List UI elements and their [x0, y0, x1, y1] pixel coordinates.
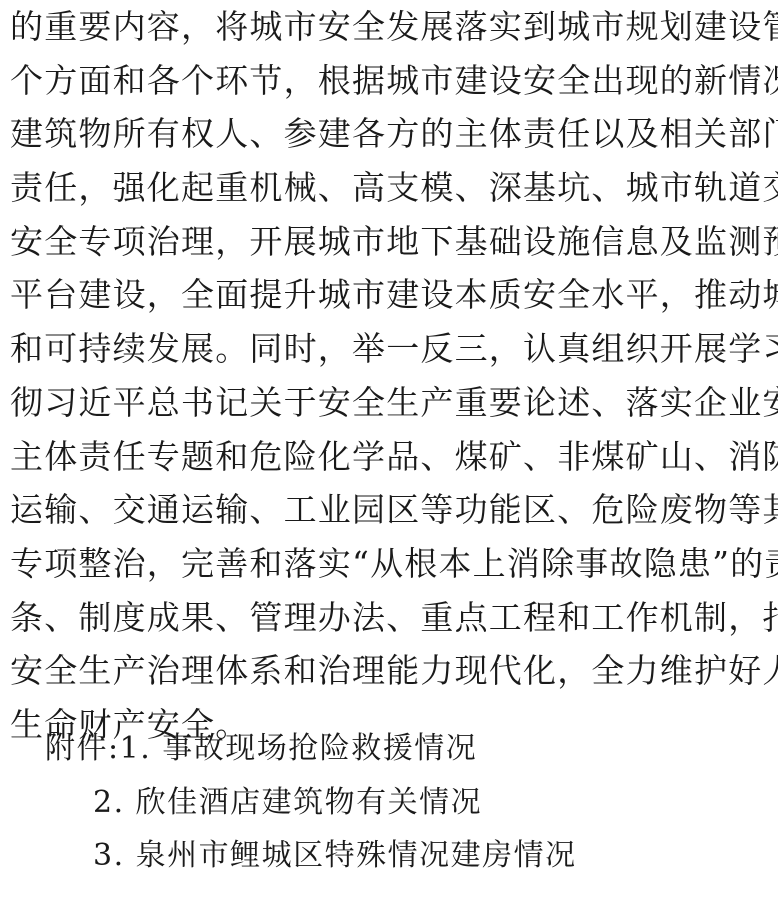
attachments-label: 附件: — [45, 731, 120, 766]
text-line: 主体责任专题和危险化学品、煤矿、非煤矿山、消防、道路 — [10, 430, 772, 484]
text-line: 个方面和各个环节，根据城市建设安全出现的新情况，明确 — [10, 54, 772, 108]
attachments-list: 附件:1. 事故现场抢险救援情况 2. 欣佳酒店建筑物有关情况 3. 泉州市鲤城… — [0, 722, 778, 883]
document-page: 的重要内容，将城市安全发展落实到城市规划建设管理的各 个方面和各个环节，根据城市… — [0, 0, 778, 908]
attachment-text: 2. 欣佳酒店建筑物有关情况 — [93, 785, 482, 820]
attachment-text: 1. 事故现场抢险救援情况 — [120, 731, 478, 766]
text-line: 彻习近平总书记关于安全生产重要论述、落实企业安全生产 — [10, 376, 772, 430]
text-line: 条、制度成果、管理办法、重点工程和工作机制，扎实推进 — [10, 591, 772, 645]
attachment-item-1: 附件:1. 事故现场抢险救援情况 — [0, 722, 778, 776]
text-line: 平台建设，全面提升城市建设本质安全水平，推动城市安全 — [10, 268, 772, 322]
text-line: 责任，强化起重机械、高支模、深基坑、城市轨道交通工程 — [10, 161, 772, 215]
body-paragraph: 的重要内容，将城市安全发展落实到城市规划建设管理的各 个方面和各个环节，根据城市… — [10, 0, 772, 752]
attachment-text: 3. 泉州市鲤城区特殊情况建房情况 — [93, 838, 577, 873]
text-line: 安全专项治理，开展城市地下基础设施信息及监测预警管理 — [10, 215, 772, 269]
text-line: 安全生产治理体系和治理能力现代化，全力维护好人民群众 — [10, 644, 772, 698]
attachment-item-3: 3. 泉州市鲤城区特殊情况建房情况 — [0, 829, 778, 883]
text-line: 专项整治，完善和落实“从根本上消除事故隐患”的责任链 — [10, 537, 772, 591]
text-line: 的重要内容，将城市安全发展落实到城市规划建设管理的各 — [10, 0, 772, 54]
attachment-item-2: 2. 欣佳酒店建筑物有关情况 — [0, 776, 778, 830]
text-line: 运输、交通运输、工业园区等功能区、危险废物等其他行业 — [10, 483, 772, 537]
text-line: 和可持续发展。同时，举一反三，认真组织开展学习宣传贯 — [10, 322, 772, 376]
text-line: 建筑物所有权人、参建各方的主体责任以及相关部门的监管 — [10, 107, 772, 161]
